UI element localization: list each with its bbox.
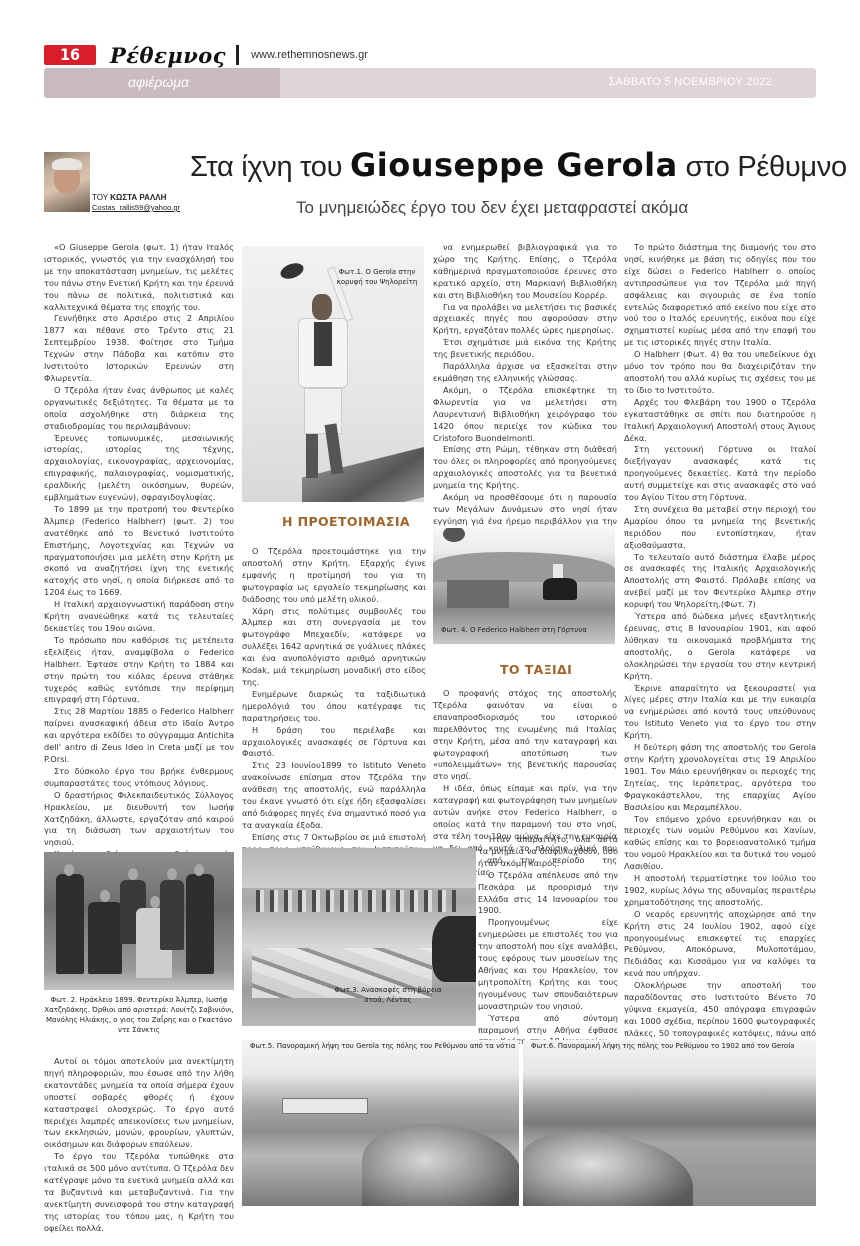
photo-person-head: [128, 868, 138, 880]
photo-hat: [278, 260, 305, 281]
photo-3-caption: Φωτ.3. Ανασκαφές στη βόρεια στοά, Λέντας: [328, 986, 448, 1005]
issue-date: ΣΑΒΒΑΤΟ 5 ΝΟΕΜΒΡΙΟΥ 2022: [609, 76, 772, 88]
newspaper-logo: Ρέθεμνος: [110, 43, 226, 68]
paragraph: Παράλληλα άρχισε να εξασκείται στην εκμά…: [433, 361, 617, 385]
paragraph: Χάρη στις πολύτιμες συμβουλές του Άλμπερ…: [242, 606, 426, 689]
photo-person-head: [100, 890, 110, 902]
page-number: 16: [44, 45, 96, 65]
title-pre: Στα ίχνη του: [190, 151, 342, 183]
divider: [236, 45, 239, 65]
photo-building: [282, 1098, 368, 1114]
photo-ruins: [447, 580, 509, 608]
paragraph: Προηγουμένως είχε ενημερώσει με επιστολέ…: [478, 917, 618, 1012]
paragraph: Ο Τζερόλα ήταν ένας άνθρωπος με καλές ορ…: [44, 385, 234, 433]
photo-rethymno-panorama-1902: Φωτ.6. Πανοραμική λήψη της πόλης του Ρεθ…: [523, 1040, 816, 1206]
photo-hill: [242, 848, 476, 888]
paragraph: Στις 28 Μαρτίου 1885 ο Federico Halbherr…: [44, 706, 234, 766]
photo-boot: [306, 434, 318, 478]
author-hair: [52, 158, 82, 170]
photo-5-caption: Φωτ.5. Πανοραμική λήψη του Gerola της πό…: [250, 1042, 519, 1052]
photo-horse: [543, 578, 577, 600]
paragraph: «Ο Giuseppe Gerola (φωτ. 1) ήταν Ιταλός …: [44, 242, 234, 313]
section-label: αφιέρωμα: [128, 74, 189, 90]
photo-workers: [256, 890, 456, 912]
paragraph: Ο δραστήριος Φιλεκπαιδευτικός Σύλλογος Η…: [44, 790, 234, 850]
paragraph: Στις 23 Ιουνίου1899 το Istituto Veneto α…: [242, 760, 426, 831]
column-4: Το πρώτο διάστημα της διαμονής του στο ν…: [624, 242, 816, 1171]
paragraph: Ύστερα από δώδεκα μήνες εξαντλητικής έρε…: [624, 611, 816, 682]
paragraph: Στη γειτονική Γόρτυνα οι Ιταλοί διεξήγαγ…: [624, 444, 816, 504]
paragraph: Επίσης στη Ρώμη, τέθηκαν στη διάθεσή του…: [433, 444, 617, 492]
photo-person: [160, 880, 184, 950]
photo-man-figure: [298, 294, 348, 484]
photo-head: [312, 294, 332, 320]
article-subtitle: Το μνημειώδες έργο του δεν έχει μεταφρασ…: [296, 198, 688, 218]
photo-excavation-lentas: Φωτ.3. Ανασκαφές στη βόρεια στοά, Λέντας: [242, 848, 476, 1026]
column-3-bottom: Ήταν απαραίτητο, όλα αυτά τα μνημεία να …: [478, 834, 618, 1048]
column-3-top: να ενημερωθεί βιβλιογραφικά για το χώρο …: [433, 242, 617, 540]
photo-rock: [362, 1124, 519, 1206]
photo-person: [88, 902, 122, 974]
paragraph: Στη συνέχεια θα μεταβεί στην περιοχή του…: [624, 504, 816, 552]
paragraph: Ο προφανής στόχος της αποστολής Τζερόλα …: [433, 688, 617, 783]
section-banner: αφιέρωμα ΣΑΒΒΑΤΟ 5 ΝΟΕΜΒΡΙΟΥ 2022: [44, 68, 816, 98]
paragraph: Τον επόμενο χρόνο ερευνήθηκαν και οι περ…: [624, 814, 816, 874]
photo-rock: [523, 1132, 693, 1206]
paragraph: Αυτοί οι τόμοι αποτελούν μια ανεκτίμητη …: [44, 1056, 234, 1151]
photo-shirt: [314, 322, 332, 366]
paragraph: Η Ιταλική αρχαιογνωστική παράδοση στην Κ…: [44, 599, 234, 635]
paragraph: Το 1899 με την προτροπή του Φεντερίκο Άλ…: [44, 504, 234, 599]
section-heading-preparation: Η ΠΡΟΕΤΟΙΜΑΣΙΑ: [282, 514, 410, 529]
byline-prefix: ΤΟΥ: [92, 193, 108, 202]
article-title: Στα ίχνη του Giouseppe Gerola στο Ρέθυμν…: [190, 146, 830, 184]
photo-hill: [433, 552, 615, 582]
photo-tree: [443, 528, 465, 542]
paragraph: Γεννήθηκε στο Αρσιέρο στις 2 Απριλίου 18…: [44, 313, 234, 384]
photo-4-caption: Φωτ. 4. Ο Federico Halbherr στη Γόρτυνα: [441, 626, 611, 636]
photo-person-head: [167, 868, 177, 880]
photo-cave: [432, 916, 476, 982]
photo-person-head: [194, 864, 204, 876]
photo-halbherr-gortyna: Φωτ. 4. Ο Federico Halbherr στη Γόρτυνα: [433, 528, 615, 644]
photo-rethymno-panorama-south: Φωτ.5. Πανοραμική λήψη του Gerola της πό…: [242, 1040, 519, 1206]
paragraph: Αρχές του Φλεβάρη του 1900 ο Τζερόλα εγκ…: [624, 397, 816, 445]
photo-person-head: [150, 896, 160, 908]
author-email[interactable]: Costas_rallis59@yahoo.gr: [92, 203, 180, 213]
paragraph: Ακόμη, ο Τζερόλα επισκέφτηκε τη Φλωρεντί…: [433, 385, 617, 445]
paragraph: Έκρινε απαραίτητο να ξεκουραστεί για λίγ…: [624, 683, 816, 743]
title-name: Giouseppe Gerola: [350, 146, 678, 184]
byline: ΤΟΥ ΚΩΣΤΑ ΡΑΛΛΗ Costas_rallis59@yahoo.gr: [92, 193, 180, 213]
photo-person-head: [64, 864, 74, 876]
column-1-bottom: Αυτοί οι τόμοι αποτελούν μια ανεκτίμητη …: [44, 1056, 234, 1235]
section-heading-journey: ΤΟ ΤΑΞΙΔΙ: [500, 662, 572, 677]
photo-halbherr-group: [44, 852, 234, 990]
paragraph: Η αποστολή τερματίστηκε τον Ιούλιο του 1…: [624, 873, 816, 909]
masthead: 16 Ρέθεμνος www.rethemnosnews.gr: [44, 44, 368, 66]
paragraph: Το τελευταίο αυτό διάστημα έλαβε μέρος σ…: [624, 552, 816, 612]
photo-1-caption: Φωτ.1. Ο Gerola στην κορυφή του Ψηλορείτ…: [332, 268, 422, 287]
paragraph: Το έργο του Τζερόλα τυπώθηκε στα ιταλικά…: [44, 1151, 234, 1234]
paragraph: να ενημερωθεί βιβλιογραφικά για το χώρο …: [433, 242, 617, 302]
paragraph: Ενημέρωνε διαρκώς τα ταξιδιωτικά ημερολό…: [242, 689, 426, 725]
title-post: στο Ρέθυμνο: [685, 151, 846, 183]
photo-person: [56, 874, 84, 974]
photo-6-caption: Φωτ.6. Πανοραμική λήψη της πόλης του Ρεθ…: [531, 1042, 801, 1052]
paragraph: Το πρώτο διάστημα της διαμονής του στο ν…: [624, 242, 816, 349]
paragraph: Ο Halbherr (Φωτ. 4) θα του υπεδείκνυε όχ…: [624, 349, 816, 397]
author-name: ΚΩΣΤΑ ΡΑΛΛΗ: [110, 193, 166, 202]
paragraph: Στο δύσκολο έργο του βρήκε ένθερμους συμ…: [44, 766, 234, 790]
paragraph: Για να προλάβει να μελετήσει τις βασικές…: [433, 302, 617, 338]
paragraph: Ο Τζερόλα απέπλευσε από την Πεσκάρα με π…: [478, 870, 618, 918]
paragraph: Έτσι σχημάτισε μιά εικόνα της Κρήτης της…: [433, 337, 617, 361]
paragraph: Έρευνες τοπωνυμικές, μεσαιωνικής ιστορία…: [44, 433, 234, 504]
photo-gerola-psiloritis: Φωτ.1. Ο Gerola στην κορυφή του Ψηλορείτ…: [242, 246, 424, 502]
paragraph: Ο νεαρός ερευνητής αποχώρησε από την Κρή…: [624, 909, 816, 980]
paragraph: Το πρόσωπο που καθόρισε τις μετέπειτα εξ…: [44, 635, 234, 706]
website-link[interactable]: www.rethemnosnews.gr: [251, 49, 368, 61]
photo-2-caption: Φωτ. 2. Ηράκλειο 1899. Φεντερίκο Άλμπερ,…: [44, 995, 234, 1035]
paragraph: Η δράση του περιέλαβε και αρχαιολογικές …: [242, 725, 426, 761]
photo-person: [186, 874, 214, 974]
paragraph: Ήταν απαραίτητο, όλα αυτά τα μνημεία να …: [478, 834, 618, 870]
author-photo: [44, 152, 90, 212]
column-1: «Ο Giuseppe Gerola (φωτ. 1) ήταν Ιταλός …: [44, 242, 234, 956]
paragraph: Ο Τζερόλα προετοιμάστηκε για την αποστολ…: [242, 546, 426, 606]
paragraph: Η δεύτερη φάση της αποστολής του Gerola …: [624, 742, 816, 813]
